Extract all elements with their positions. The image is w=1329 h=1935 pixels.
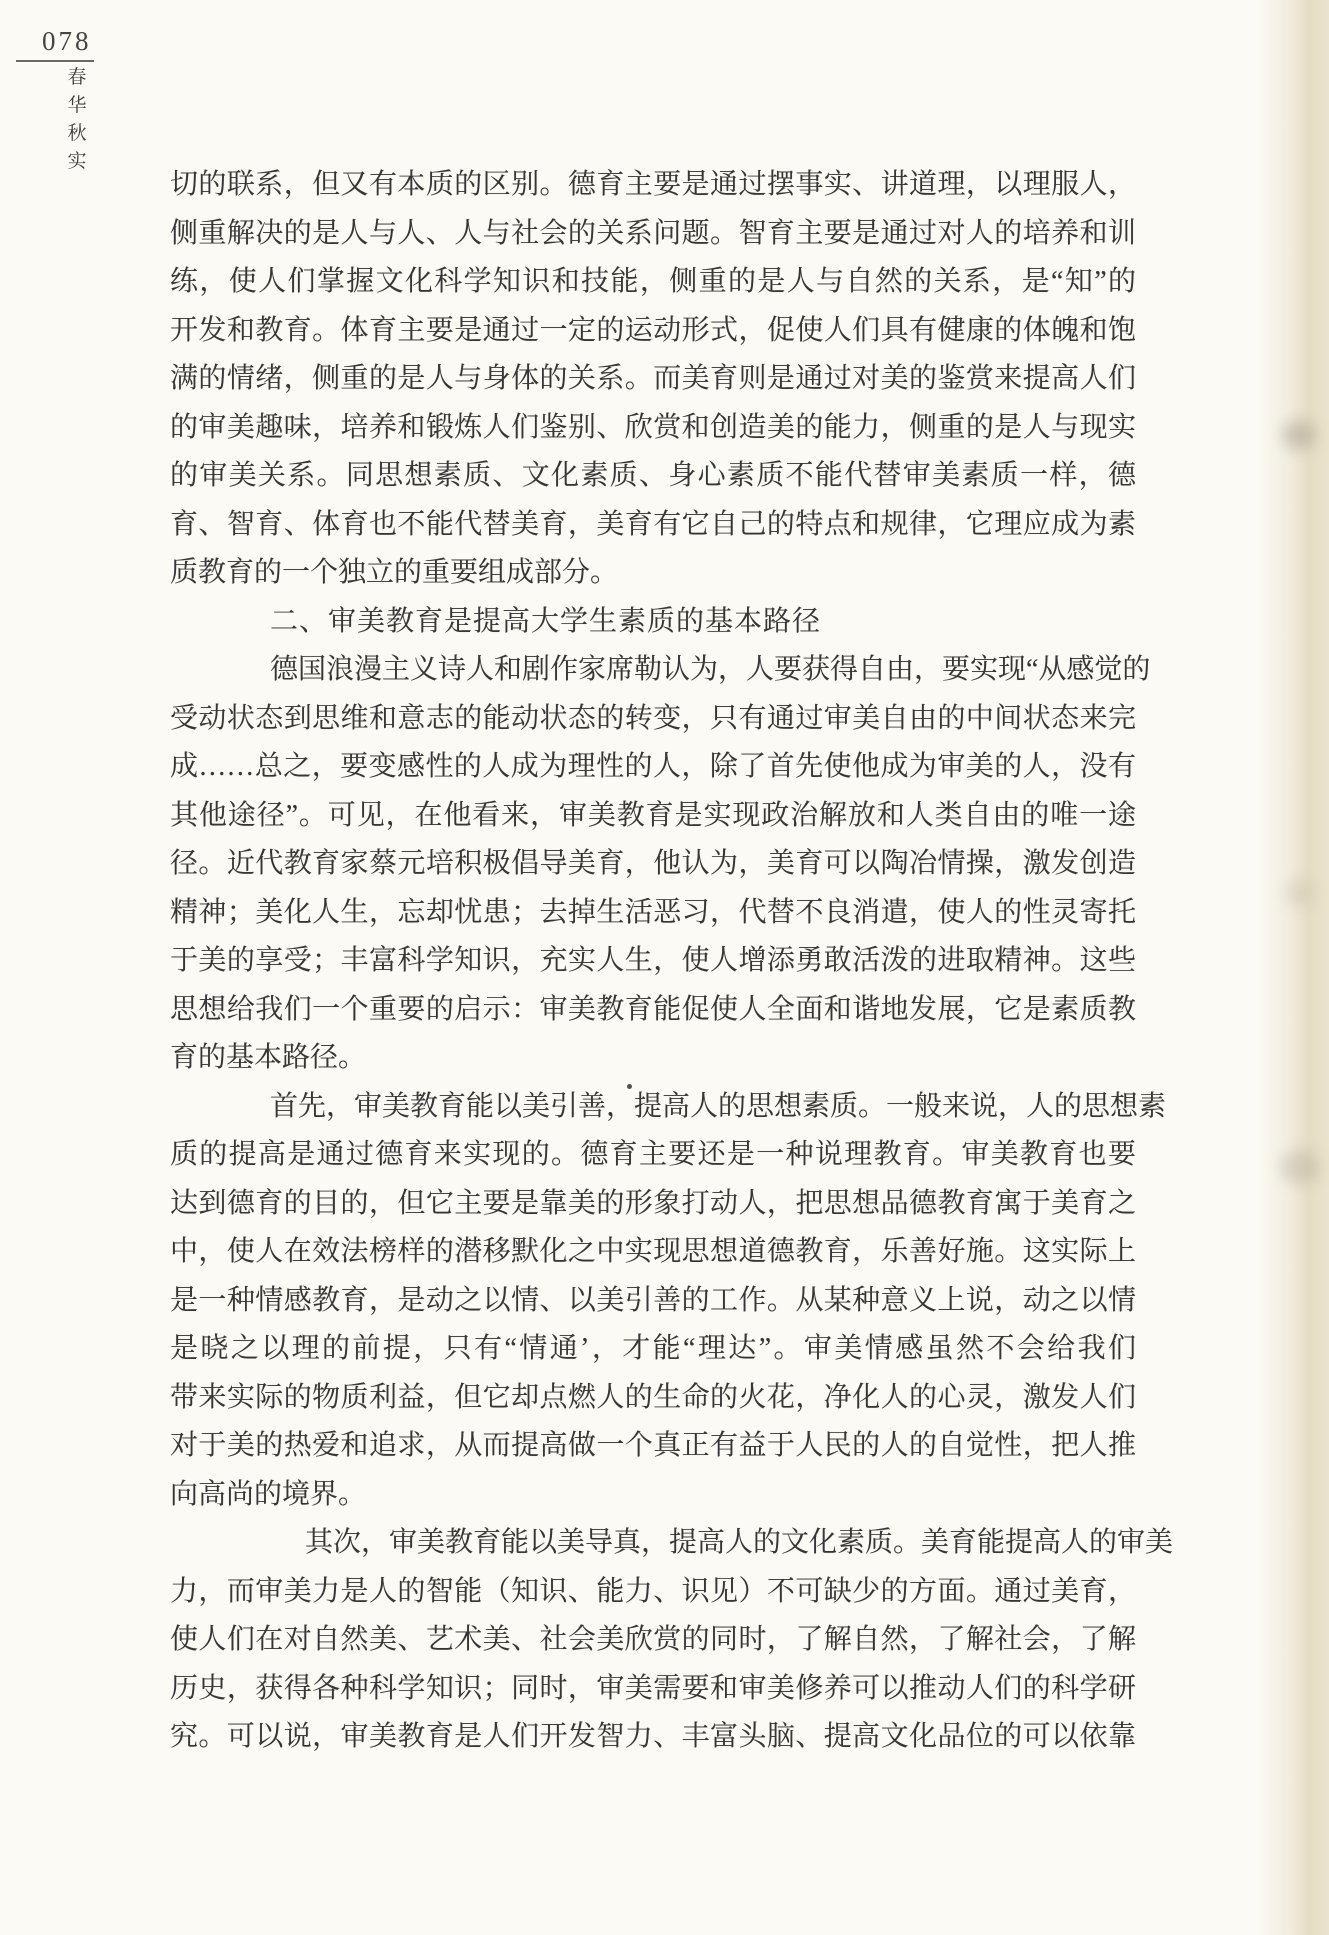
scanned-book-page: 078 春华秋实 切的联系，但又有本质的区别。德育主要是通过摆事实、讲道理，以理…	[0, 0, 1329, 1935]
text-line: 向高尚的境界。	[170, 1471, 1136, 1520]
page-edge-shadow	[1257, 0, 1329, 1935]
text-line: 径。近代教育家蔡元培积极倡导美育，他认为，美育可以陶冶情操，激发创造	[170, 840, 1136, 889]
text-line: 德国浪漫主义诗人和剧作家席勒认为，人要获得自由，要实现“从感觉的	[170, 646, 1136, 695]
text-line: 对于美的热爱和追求，从而提高做一个真正有益于人民的人的自觉性，把人推	[170, 1422, 1136, 1471]
side-label: 春华秋实	[63, 64, 91, 176]
text-line: 是晓之以理的前提，只有“情通’，才能“理达”。审美情感虽然不会给我们	[170, 1325, 1136, 1374]
text-line: 质教育的一个独立的重要组成部分。	[170, 549, 1136, 598]
scan-smudge	[1282, 420, 1316, 450]
text-line: 受动状态到思维和意志的能动状态的转变，只有通过审美自由的中间状态来完	[170, 695, 1136, 744]
text-line: 使人们在对自然美、艺术美、社会美欣赏的同时，了解自然，了解社会，了解	[170, 1616, 1136, 1665]
text-line: 的审美趣味，培养和锻炼人们鉴别、欣赏和创造美的能力，侧重的是人与现实	[170, 404, 1136, 453]
text-line: 的审美关系。同思想素质、文化素质、身心素质不能代替审美素质一样，德	[170, 452, 1136, 501]
side-label-char: 实	[63, 148, 91, 176]
page-number: 078	[42, 26, 92, 57]
text-line: 其他途径”。可见，在他看来，审美教育是实现政治解放和人类自由的唯一途	[170, 792, 1136, 841]
scan-smudge	[1280, 1150, 1320, 1184]
text-line: 历史，获得各种科学知识；同时，审美需要和审美修养可以推动人们的科学研	[170, 1665, 1136, 1714]
section-heading: 二、审美教育是提高大学生素质的基本路径	[170, 598, 1136, 647]
text-line: 侧重解决的是人与人、人与社会的关系问题。智育主要是通过对人的培养和训	[170, 210, 1136, 259]
ink-dot-artifact	[627, 1084, 632, 1089]
text-line: 达到德育的目的，但它主要是靠美的形象打动人，把思想品德教育寓于美育之	[170, 1180, 1136, 1229]
text-line: 力，而审美力是人的智能（知识、能力、识见）不可缺少的方面。通过美育，	[170, 1568, 1136, 1617]
text-line: 育的基本路径。	[170, 1034, 1136, 1083]
text-line: 思想给我们一个重要的启示：审美教育能促使人全面和谐地发展，它是素质教	[170, 986, 1136, 1035]
scan-smudge	[1284, 880, 1314, 906]
text-line: 精神；美化人生，忘却忧患；去掉生活恶习，代替不良消遣，使人的性灵寄托	[170, 889, 1136, 938]
text-line: 练，使人们掌握文化科学知识和技能，侧重的是人与自然的关系，是“知”的	[170, 258, 1136, 307]
text-line: 质的提高是通过德育来实现的。德育主要还是一种说理教育。审美教育也要	[170, 1131, 1136, 1180]
text-line: 首先，审美教育能以美引善，提高人的思想素质。一般来说，人的思想素	[170, 1083, 1136, 1132]
text-line: 切的联系，但又有本质的区别。德育主要是通过摆事实、讲道理，以理服人，	[170, 161, 1136, 210]
text-line: 于美的享受；丰富科学知识，充实人生，使人增添勇敢活泼的进取精神。这些	[170, 937, 1136, 986]
text-line: 成……总之，要变感性的人成为理性的人，除了首先使他成为审美的人，没有	[170, 743, 1136, 792]
text-line: 中，使人在效法榜样的潜移默化之中实现思想道德教育，乐善好施。这实际上	[170, 1228, 1136, 1277]
header-rule	[16, 60, 94, 62]
text-line: 育、智育、体育也不能代替美育，美育有它自己的特点和规律，它理应成为素	[170, 501, 1136, 550]
text-line: 其次，审美教育能以美导真，提高人的文化素质。美育能提高人的审美	[170, 1519, 1136, 1568]
text-line: 是一种情感教育，是动之以情、以美引善的工作。从某种意义上说，动之以情	[170, 1277, 1136, 1326]
text-line: 满的情绪，侧重的是人与身体的关系。而美育则是通过对美的鉴赏来提高人们	[170, 355, 1136, 404]
text-block: 切的联系，但又有本质的区别。德育主要是通过摆事实、讲道理，以理服人，侧重解决的是…	[170, 161, 1136, 1762]
text-line: 究。可以说，审美教育是人们开发智力、丰富头脑、提高文化品位的可以依靠	[170, 1713, 1136, 1762]
side-label-char: 华	[63, 92, 91, 120]
side-label-char: 春	[63, 64, 91, 92]
side-label-char: 秋	[63, 120, 91, 148]
text-line: 开发和教育。体育主要是通过一定的运动形式，促使人们具有健康的体魄和饱	[170, 307, 1136, 356]
text-line: 带来实际的物质利益，但它却点燃人的生命的火花，净化人的心灵，激发人们	[170, 1374, 1136, 1423]
